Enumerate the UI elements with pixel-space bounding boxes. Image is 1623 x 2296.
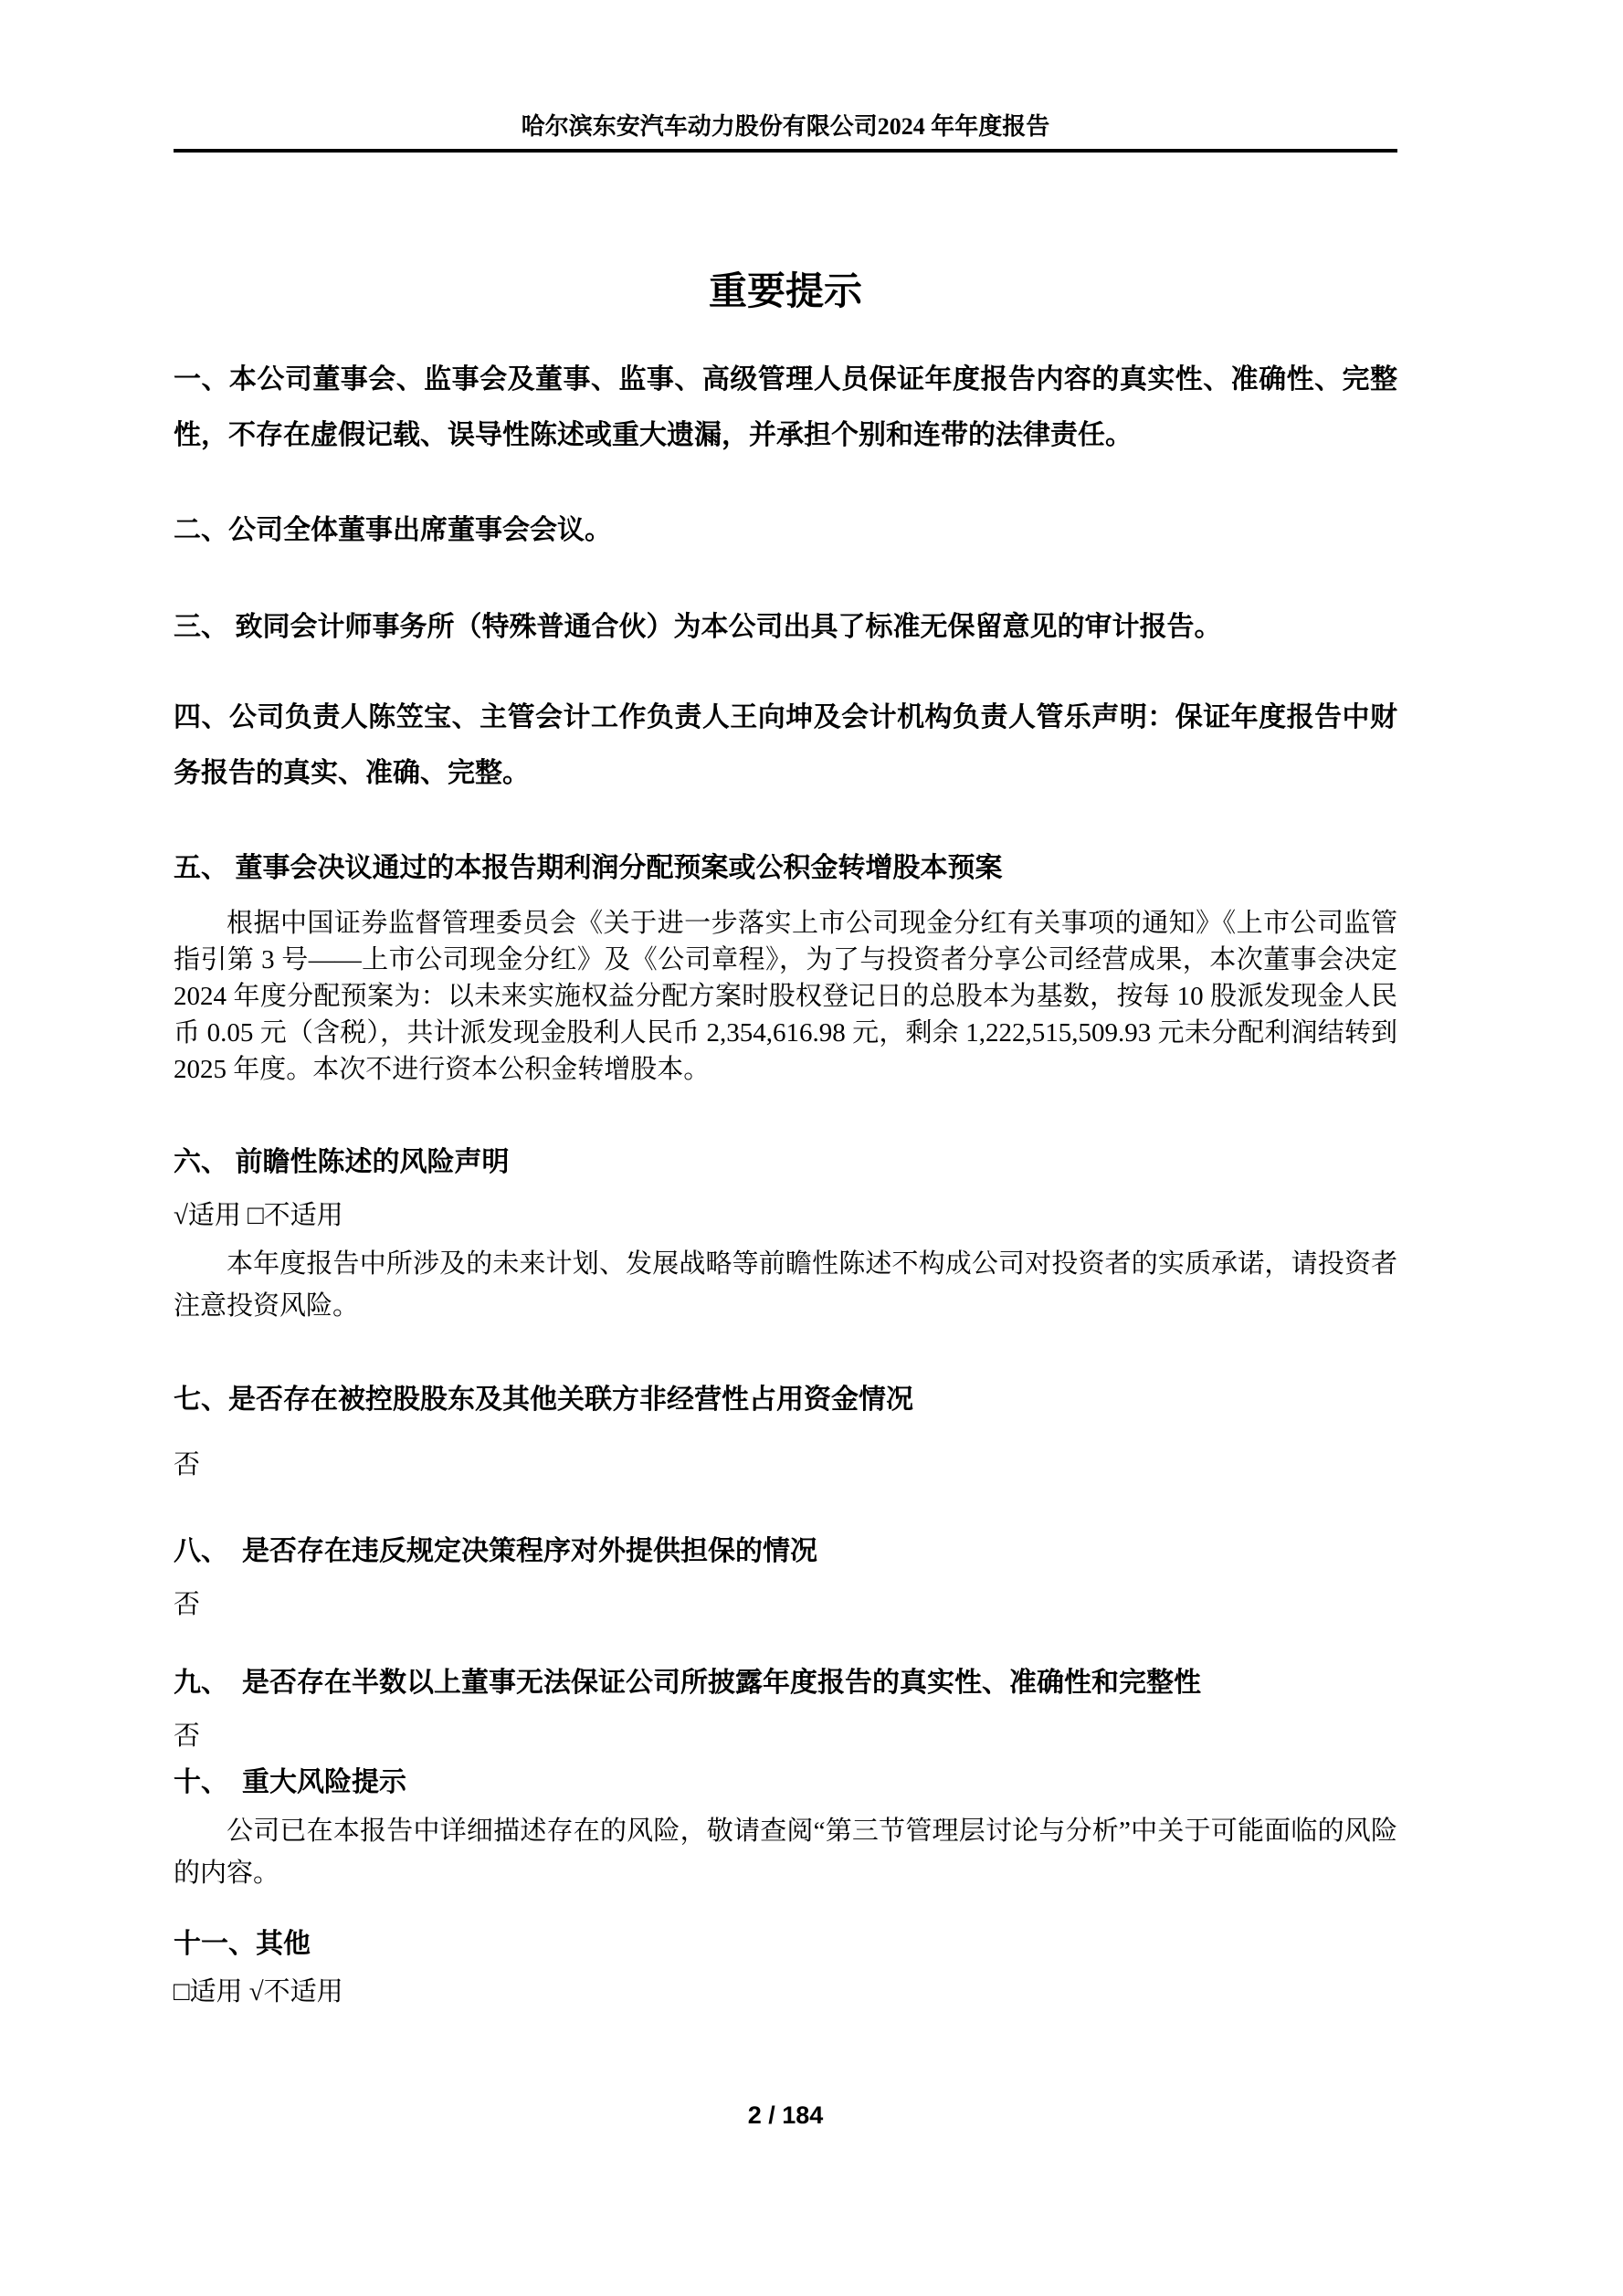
section-8-heading: 八、 是否存在违反规定决策程序对外提供担保的情况 (174, 1523, 1397, 1579)
statement-2: 二、公司全体董事出席董事会会议。 (174, 502, 1397, 558)
section-7-answer: 否 (174, 1447, 1397, 1483)
section-6-paragraph: 本年度报告中所涉及的未来计划、发展战略等前瞻性陈述不构成公司对投资者的实质承诺，… (174, 1243, 1397, 1327)
section-7-heading: 七、是否存在被控股股东及其他关联方非经营性占用资金情况 (174, 1372, 1397, 1427)
section-10-paragraph: 公司已在本报告中详细描述存在的风险，敬请查阅“第三节管理层讨论与分析”中关于可能… (174, 1810, 1397, 1894)
section-11-heading: 十一、其他 (174, 1916, 1397, 1972)
statement-4: 四、公司负责人陈笠宝、主管会计工作负责人王向坤及会计机构负责人管乐声明：保证年度… (174, 690, 1397, 801)
running-header: 哈尔滨东安汽车动力股份有限公司2024 年年度报告 (174, 113, 1397, 141)
statement-3: 三、 致同会计师事务所（特殊普通合伙）为本公司出具了标准无保留意见的审计报告。 (174, 599, 1397, 655)
header-rule (174, 149, 1397, 153)
section-11-applicability-line: □适用 √不适用 (174, 1974, 1397, 2010)
page-title: 重要提示 (174, 269, 1397, 313)
page-content: 哈尔滨东安汽车动力股份有限公司2024 年年度报告 重要提示 一、本公司董事会、… (174, 0, 1397, 2010)
page-number: 2 / 184 (174, 2101, 1397, 2130)
section-6-applicability-line: √适用 □不适用 (174, 1197, 1397, 1234)
section-5-paragraph: 根据中国证券监督管理委员会《关于进一步落实上市公司现金分红有关事项的通知》《上市… (174, 905, 1397, 1088)
section-9-answer: 否 (174, 1718, 1397, 1754)
section-5-heading: 五、 董事会决议通过的本报告期利润分配预案或公积金转增股本预案 (174, 840, 1397, 896)
section-10-heading: 十、 重大风险提示 (174, 1754, 1397, 1810)
annual-report-page: 哈尔滨东安汽车动力股份有限公司2024 年年度报告 重要提示 一、本公司董事会、… (0, 0, 1623, 2296)
section-8-answer: 否 (174, 1586, 1397, 1623)
section-9-heading: 九、 是否存在半数以上董事无法保证公司所披露年度报告的真实性、准确性和完整性 (174, 1655, 1397, 1711)
section-6-heading: 六、 前瞻性陈述的风险声明 (174, 1134, 1397, 1190)
statement-1: 一、本公司董事会、监事会及董事、监事、高级管理人员保证年度报告内容的真实性、准确… (174, 352, 1397, 463)
